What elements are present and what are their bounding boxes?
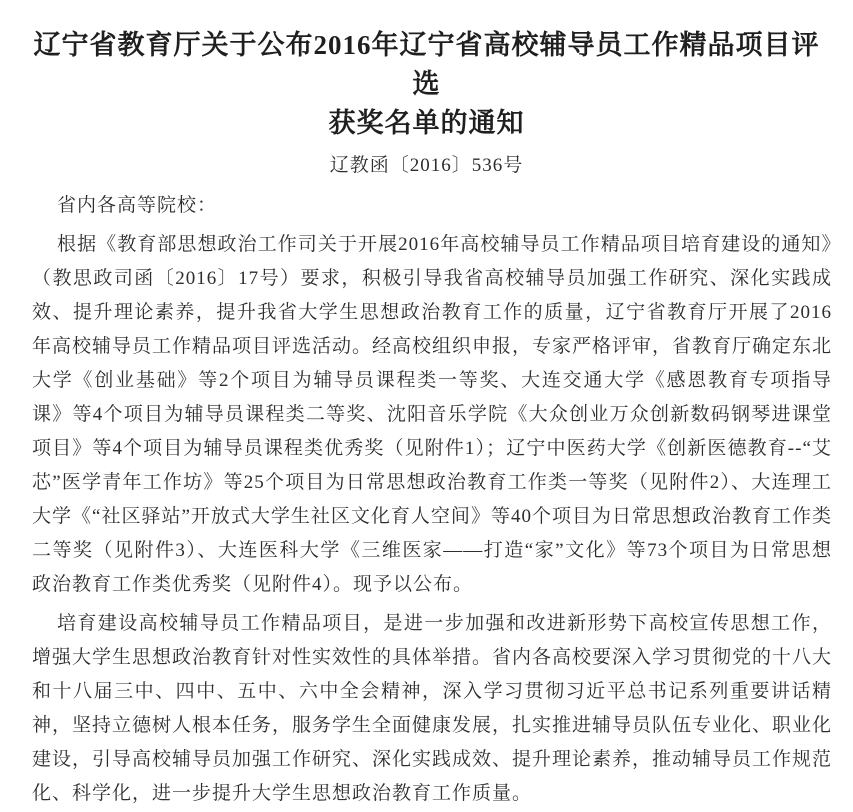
paragraph-1: 根据《教育部思想政治工作司关于开展2016年高校辅导员工作精品项目培育建设的通知… [32, 228, 832, 602]
document-page: 辽宁省教育厅关于公布2016年辽宁省高校辅导员工作精品项目评选 获奖名单的通知 … [0, 0, 853, 812]
salutation: 省内各高等院校： [32, 189, 832, 223]
document-title-line1: 辽宁省教育厅关于公布2016年辽宁省高校辅导员工作精品项目评选 [20, 26, 833, 104]
document-title: 辽宁省教育厅关于公布2016年辽宁省高校辅导员工作精品项目评选 获奖名单的通知 [20, 26, 833, 143]
document-title-line2: 获奖名单的通知 [20, 104, 833, 143]
document-number: 辽教函〔2016〕536号 [0, 149, 853, 183]
document-body: 省内各高等院校： 根据《教育部思想政治工作司关于开展2016年高校辅导员工作精品… [32, 189, 832, 811]
paragraph-2: 培育建设高校辅导员工作精品项目，是进一步加强和改进新形势下高校宣传思想工作，增强… [32, 607, 832, 811]
